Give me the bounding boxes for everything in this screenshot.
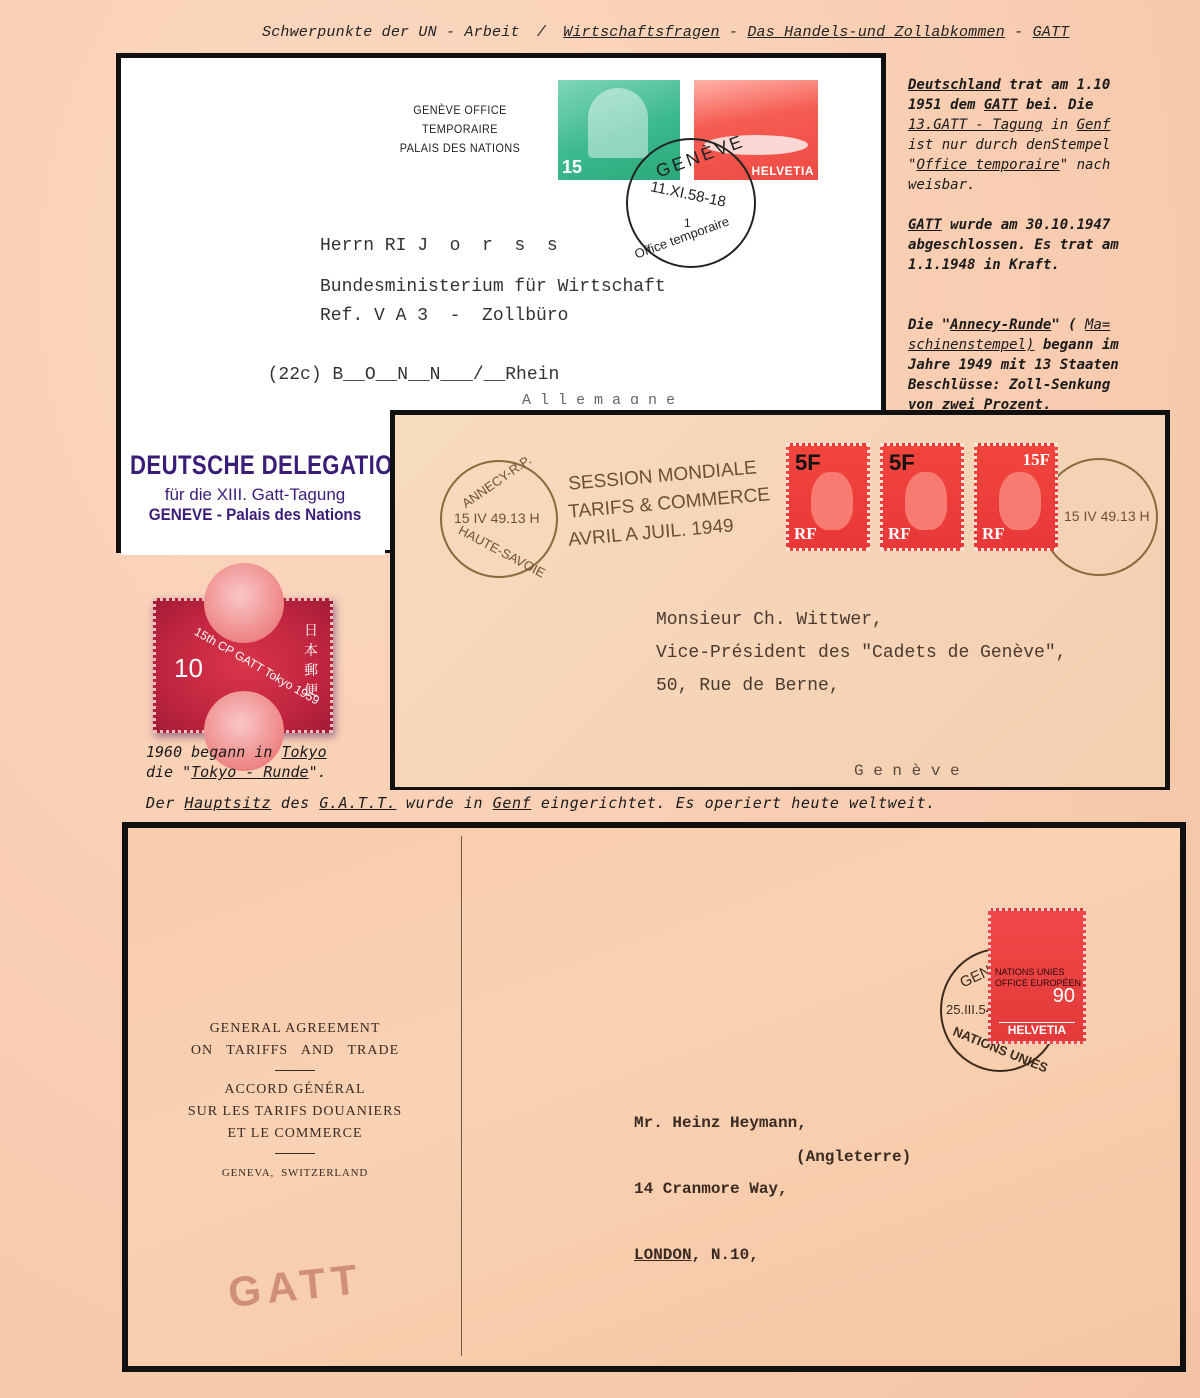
header-topic: Schwerpunkte der UN - Arbeit xyxy=(262,24,520,41)
marianne-portrait-icon xyxy=(999,472,1041,530)
delegation-title: DEUTSCHE DELEGATION xyxy=(130,450,335,481)
postmark-date: 11.XI.58-18 xyxy=(649,178,727,211)
marianne-portrait-icon xyxy=(905,472,947,530)
gatt-letterhead: GENERAL AGREEMENT ON TARIFFS AND TRADE A… xyxy=(160,1018,430,1184)
stamp-country: HELVETIA xyxy=(752,164,814,178)
stamp-marianne-surcharge: 5F RF xyxy=(786,443,870,551)
postmark-annecy: ANNECY-R.P. 15 IV 49.13 H HAUTE-SAVOIE xyxy=(440,460,558,578)
address-line: Vice-Président des "Cadets de Genève", xyxy=(656,643,1066,663)
letterhead-location: GENEVA, SWITZERLAND xyxy=(160,1162,430,1184)
stamp-value: 15F xyxy=(1023,450,1050,470)
letterhead-line: ACCORD GÉNÉRAL xyxy=(160,1079,430,1101)
stamp-value: 15 xyxy=(562,157,582,178)
stamp-marianne-15f: 15F RF xyxy=(974,443,1058,551)
stamp-label: RF xyxy=(888,524,911,544)
address-city: LONDON xyxy=(634,1246,692,1264)
header-dash: - xyxy=(729,24,738,41)
address-city: G e n è v e xyxy=(854,762,960,780)
stamp-surcharge: 5F xyxy=(889,450,915,476)
address-country: A l l e m a g n e xyxy=(522,392,675,404)
slogan-cancel: SESSION MONDIALE TARIFS & COMMERCE AVRIL… xyxy=(568,462,770,546)
address-line: 14 Cranmore Way, xyxy=(634,1178,807,1200)
address-city-line: (22c) B__O__N__N___/__Rhein xyxy=(246,345,559,385)
envelope-fold-line xyxy=(461,836,462,1356)
note-gatt-founded: GATT wurde am 30.10.1947 abgeschlossen. … xyxy=(908,215,1158,275)
postmark-date: 15 IV 49.13 H xyxy=(1064,508,1150,524)
delegation-subtitle: für die XIII. Gatt-Tagung xyxy=(130,485,380,505)
cachet-line: PALAIS DES NATIONS xyxy=(379,139,541,158)
letterhead-line: ON TARIFFS AND TRADE xyxy=(160,1040,430,1062)
stamp-kanji: 日本郵便 xyxy=(304,621,320,701)
address-block: Mr. Heinz Heymann, 14 Cranmore Way, LOND… xyxy=(634,1068,807,1288)
header-agreement: Das Handels-und Zollabkommen xyxy=(747,24,1005,41)
note-deutschland-gatt: Deutschland trat am 1.10 1951 dem GATT b… xyxy=(908,75,1158,195)
header-gatt: GATT xyxy=(1033,24,1070,41)
address-line: Herrn RI J o r s s xyxy=(320,236,558,256)
header-subtopic: Wirtschaftsfragen xyxy=(563,24,719,41)
globe-icon xyxy=(204,563,284,643)
address-city: B__O__N__N___/__Rhein xyxy=(332,365,559,385)
address-postcode: , N.10, xyxy=(692,1246,759,1264)
caption-tokyo-runde: 1960 begann in Tokyo die "Tokyo - Runde"… xyxy=(146,742,366,782)
stamp-helvetia-nations-unies: NATIONS UNIES OFFICE EUROPÉEN 90 HELVETI… xyxy=(988,908,1086,1044)
cachet-office-temporaire: GENÈVE OFFICE TEMPORAIRE PALAIS DES NATI… xyxy=(379,101,541,158)
letterhead-line: ET LE COMMERCE xyxy=(160,1123,430,1145)
stamp-label: RF xyxy=(982,524,1005,544)
stamp-country: HELVETIA xyxy=(999,1022,1075,1037)
postal-code: (22c) xyxy=(268,365,333,385)
address-line: Mr. Heinz Heymann, xyxy=(634,1112,807,1134)
postmark-geneve-office-temporaire: GENÈVE 11.XI.58-18 1 Office temporaire xyxy=(626,138,756,268)
header-separator: / xyxy=(537,24,546,41)
stamp-marianne-surcharge: 5F RF xyxy=(880,443,964,551)
delegation-cachet: DEUTSCHE DELEGATION für die XIII. Gatt-T… xyxy=(130,450,380,525)
mountain-icon xyxy=(588,88,648,158)
address-line: 50, Rue de Berne, xyxy=(656,676,840,696)
header-dash: - xyxy=(1014,24,1023,41)
stamp-value: 10 xyxy=(174,653,203,684)
cachet-line: GENÈVE OFFICE TEMPORAIRE xyxy=(379,101,541,139)
address-country: (Angleterre) xyxy=(796,1146,911,1168)
letterhead-divider xyxy=(275,1153,315,1154)
address-line: Bundesministerium für Wirtschaft xyxy=(320,277,666,297)
address-line: Ref. V A 3 - Zollbüro xyxy=(320,306,568,326)
stamp-label: RF xyxy=(794,524,817,544)
caption-hauptsitz: Der Hauptsitz des G.A.T.T. wurde in Genf… xyxy=(146,793,1146,813)
stamp-surcharge: 5F xyxy=(795,450,821,476)
stamp-japan-gatt-tokyo: 10 15th CP GATT Tokyo 1959 日本郵便 xyxy=(153,598,333,733)
letterhead-divider xyxy=(275,1070,315,1071)
postmark-office: Office temporaire xyxy=(632,213,731,261)
letterhead-line: SUR LES TARIFS DOUANIERS xyxy=(160,1101,430,1123)
marianne-portrait-icon xyxy=(811,472,853,530)
note-annecy-runde: Die "Annecy-Runde" ( Ma= schinenstempel)… xyxy=(908,315,1158,415)
address-line: Monsieur Ch. Wittwer, xyxy=(656,610,883,630)
letterhead-line: GENERAL AGREEMENT xyxy=(160,1018,430,1040)
stamp-value: 90 xyxy=(1053,985,1075,1008)
delegation-location: GENEVE - Palais des Nations xyxy=(143,505,368,525)
page-header: Schwerpunkte der UN - Arbeit / Wirtschaf… xyxy=(262,24,1162,41)
